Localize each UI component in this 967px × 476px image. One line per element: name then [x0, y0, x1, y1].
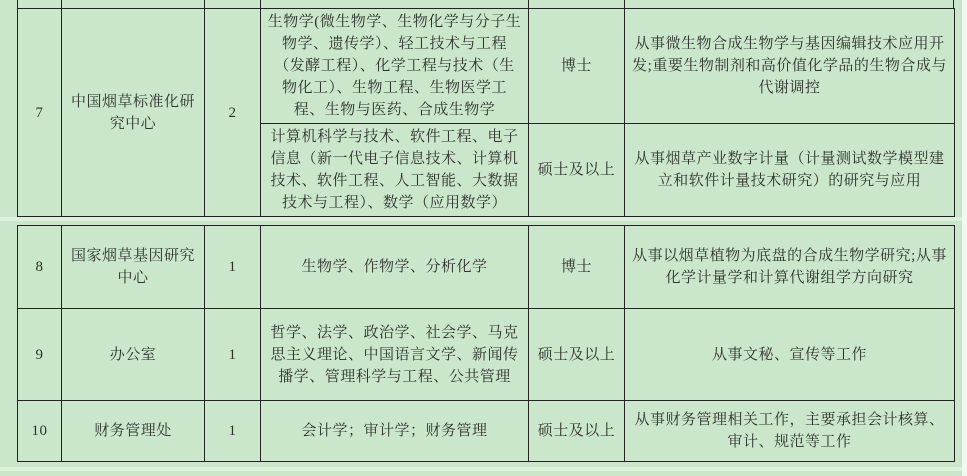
- page-edge-strip: [962, 0, 967, 476]
- column-tick: [260, 0, 261, 8]
- cell-department: 国家烟草基因研究中心: [62, 226, 205, 309]
- cell-row-number: 8: [18, 226, 62, 309]
- cell-row-number: 10: [18, 401, 62, 462]
- separator-band: [0, 467, 967, 471]
- cell-duty: 从事烟草产业数字计量（计量测试数学模型建立和软件计量技术研究）的研究与应用: [625, 124, 955, 217]
- cell-department: 办公室: [62, 309, 205, 401]
- cell-headcount: 1: [205, 309, 261, 401]
- cell-headcount: 1: [205, 226, 261, 309]
- document-page: 7 中国烟草标准化研究中心 2 生物学(微生物学、生物化学与分子生物学、遗传学）…: [0, 0, 967, 476]
- cell-duty: 从事以烟草植物为底盘的合成生物学研究;从事化学计量学和计算代谢组学方向研究: [625, 226, 955, 309]
- column-tick: [528, 0, 529, 8]
- cell-degree: 博士: [529, 9, 625, 124]
- cell-headcount: 2: [205, 9, 261, 217]
- cell-row-number: 9: [18, 309, 62, 401]
- cell-duty: 从事微生物合成生物学与基因编辑技术应用开发;重要生物制剂和高价值化学品的生物合成…: [625, 9, 955, 124]
- cell-row-number: 7: [18, 9, 62, 217]
- column-tick: [17, 0, 18, 8]
- separator-band: [0, 217, 967, 221]
- cell-duty: 从事财务管理相关工作，主要承担会计核算、审计、规范等工作: [625, 401, 955, 462]
- positions-table-lower: 8 国家烟草基因研究中心 1 生物学、作物学、分析化学 博士 从事以烟草植物为底…: [17, 225, 955, 462]
- cell-majors: 计算机科学与技术、软件工程、电子信息（新一代电子信息技术、计算机技术、软件工程、…: [261, 124, 529, 217]
- table-row: 10 财务管理处 1 会计学；审计学；财务管理 硕士及以上 从事财务管理相关工作…: [18, 401, 955, 462]
- cell-degree: 博士: [529, 226, 625, 309]
- column-tick: [204, 0, 205, 8]
- positions-table-upper: 7 中国烟草标准化研究中心 2 生物学(微生物学、生物化学与分子生物学、遗传学）…: [17, 8, 955, 217]
- table-row: 7 中国烟草标准化研究中心 2 生物学(微生物学、生物化学与分子生物学、遗传学）…: [18, 9, 955, 124]
- table-row: 9 办公室 1 哲学、法学、政治学、社会学、马克思主义理论、中国语言文学、新闻传…: [18, 309, 955, 401]
- cell-degree: 硕士及以上: [529, 309, 625, 401]
- cell-majors: 哲学、法学、政治学、社会学、马克思主义理论、中国语言文学、新闻传播学、管理科学与…: [261, 309, 529, 401]
- column-tick: [624, 0, 625, 8]
- table-row: 8 国家烟草基因研究中心 1 生物学、作物学、分析化学 博士 从事以烟草植物为底…: [18, 226, 955, 309]
- cell-degree: 硕士及以上: [529, 124, 625, 217]
- cell-majors: 会计学；审计学；财务管理: [261, 401, 529, 462]
- cell-majors: 生物学、作物学、分析化学: [261, 226, 529, 309]
- column-tick: [953, 0, 954, 8]
- cell-department: 财务管理处: [62, 401, 205, 462]
- cell-department: 中国烟草标准化研究中心: [62, 9, 205, 217]
- cell-degree: 硕士及以上: [529, 401, 625, 462]
- cell-majors: 生物学(微生物学、生物化学与分子生物学、遗传学）、轻工技术与工程（发酵工程）、化…: [261, 9, 529, 124]
- column-tick: [61, 0, 62, 8]
- cell-headcount: 1: [205, 401, 261, 462]
- cell-duty: 从事文秘、宣传等工作: [625, 309, 955, 401]
